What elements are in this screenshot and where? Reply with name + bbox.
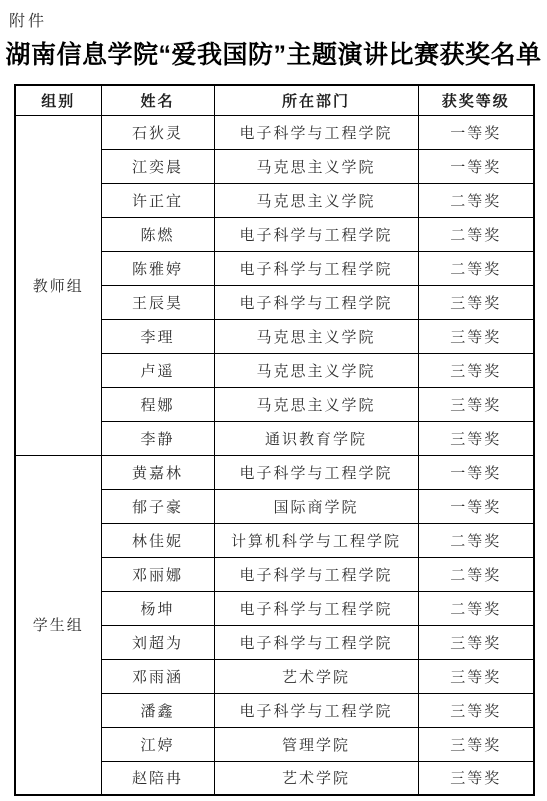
- award-cell: 二等奖: [418, 251, 534, 285]
- department-cell: 电子科学与工程学院: [214, 285, 418, 319]
- department-cell: 艺术学院: [214, 659, 418, 693]
- name-cell: 邓雨涵: [101, 659, 214, 693]
- page-title: 湖南信息学院“爱我国防”主题演讲比赛获奖名单: [0, 39, 547, 71]
- department-cell: 电子科学与工程学院: [214, 625, 418, 659]
- header-cell-department: 所在部门: [214, 85, 418, 115]
- name-cell: 王辰昊: [101, 285, 214, 319]
- name-cell: 郁子豪: [101, 489, 214, 523]
- department-cell: 马克思主义学院: [214, 353, 418, 387]
- name-cell: 杨坤: [101, 591, 214, 625]
- document-page: 附件 湖南信息学院“爱我国防”主题演讲比赛获奖名单 组别 姓名 所在部门 获奖等…: [0, 0, 547, 801]
- department-cell: 电子科学与工程学院: [214, 115, 418, 149]
- department-cell: 马克思主义学院: [214, 149, 418, 183]
- department-cell: 计算机科学与工程学院: [214, 523, 418, 557]
- award-cell: 一等奖: [418, 455, 534, 489]
- award-cell: 三等奖: [418, 421, 534, 455]
- group-cell-teachers: 教师组: [15, 115, 101, 455]
- award-cell: 三等奖: [418, 285, 534, 319]
- award-cell: 一等奖: [418, 115, 534, 149]
- award-cell: 二等奖: [418, 183, 534, 217]
- table-row: 教师组 石狄灵 电子科学与工程学院 一等奖: [15, 115, 534, 149]
- group-cell-students: 学生组: [15, 455, 101, 795]
- award-cell: 二等奖: [418, 591, 534, 625]
- header-cell-name: 姓名: [101, 85, 214, 115]
- name-cell: 刘超为: [101, 625, 214, 659]
- award-cell: 一等奖: [418, 149, 534, 183]
- department-cell: 通识教育学院: [214, 421, 418, 455]
- award-cell: 三等奖: [418, 693, 534, 727]
- award-cell: 三等奖: [418, 727, 534, 761]
- award-cell: 二等奖: [418, 523, 534, 557]
- department-cell: 艺术学院: [214, 761, 418, 795]
- award-cell: 二等奖: [418, 217, 534, 251]
- name-cell: 李静: [101, 421, 214, 455]
- header-cell-group: 组别: [15, 85, 101, 115]
- department-cell: 电子科学与工程学院: [214, 591, 418, 625]
- name-cell: 陈雅婷: [101, 251, 214, 285]
- department-cell: 电子科学与工程学院: [214, 217, 418, 251]
- award-cell: 一等奖: [418, 489, 534, 523]
- name-cell: 江婷: [101, 727, 214, 761]
- name-cell: 李理: [101, 319, 214, 353]
- award-cell: 三等奖: [418, 625, 534, 659]
- award-cell: 二等奖: [418, 557, 534, 591]
- award-cell: 三等奖: [418, 761, 534, 795]
- name-cell: 黄嘉林: [101, 455, 214, 489]
- department-cell: 马克思主义学院: [214, 319, 418, 353]
- name-cell: 邓丽娜: [101, 557, 214, 591]
- department-cell: 电子科学与工程学院: [214, 455, 418, 489]
- name-cell: 赵陪冉: [101, 761, 214, 795]
- table-row: 学生组 黄嘉林 电子科学与工程学院 一等奖: [15, 455, 534, 489]
- name-cell: 陈燃: [101, 217, 214, 251]
- department-cell: 电子科学与工程学院: [214, 557, 418, 591]
- name-cell: 石狄灵: [101, 115, 214, 149]
- header-cell-award: 获奖等级: [418, 85, 534, 115]
- name-cell: 许正宜: [101, 183, 214, 217]
- name-cell: 江奕晨: [101, 149, 214, 183]
- department-cell: 马克思主义学院: [214, 183, 418, 217]
- attachment-label: 附件: [0, 0, 547, 31]
- department-cell: 马克思主义学院: [214, 387, 418, 421]
- name-cell: 程娜: [101, 387, 214, 421]
- name-cell: 潘鑫: [101, 693, 214, 727]
- name-cell: 卢遥: [101, 353, 214, 387]
- department-cell: 管理学院: [214, 727, 418, 761]
- award-cell: 三等奖: [418, 353, 534, 387]
- award-table: 组别 姓名 所在部门 获奖等级 教师组 石狄灵 电子科学与工程学院 一等奖 江奕…: [14, 84, 535, 796]
- award-cell: 三等奖: [418, 659, 534, 693]
- award-cell: 三等奖: [418, 387, 534, 421]
- award-cell: 三等奖: [418, 319, 534, 353]
- header-row: 组别 姓名 所在部门 获奖等级: [15, 85, 534, 115]
- department-cell: 电子科学与工程学院: [214, 693, 418, 727]
- department-cell: 电子科学与工程学院: [214, 251, 418, 285]
- department-cell: 国际商学院: [214, 489, 418, 523]
- name-cell: 林佳妮: [101, 523, 214, 557]
